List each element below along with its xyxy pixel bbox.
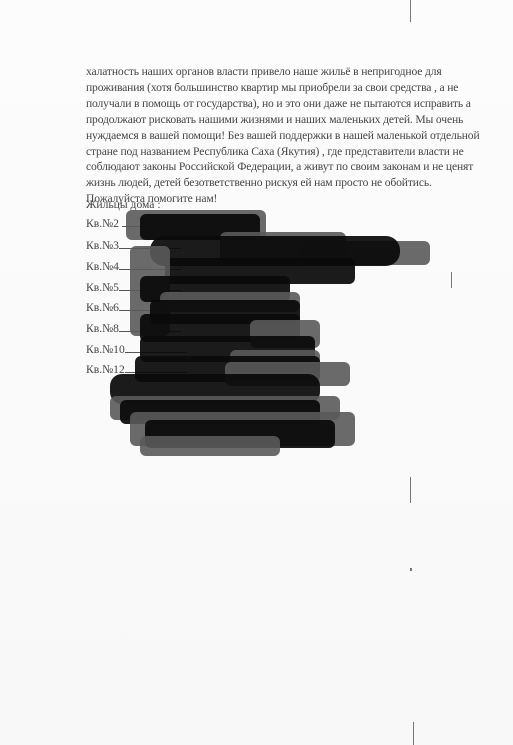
text-line: продолжают рисковать нашими жизнями и на…	[86, 112, 458, 128]
apartment-label: Кв.№2	[86, 217, 119, 230]
text-line: стране под названием Республика Саха (Як…	[86, 144, 458, 160]
apartment-label: Кв.№5	[86, 281, 119, 294]
text-line: халатность наших органов власти привело …	[86, 64, 458, 80]
text-line: жизнь людей, детей безответственно риску…	[86, 175, 458, 191]
apartment-label: Кв.№10	[86, 343, 125, 356]
scan-mark	[451, 272, 452, 288]
apartment-label: Кв.№4	[86, 260, 119, 273]
text-line: соблюдают законы Российской Федерации, а…	[86, 159, 458, 175]
apartment-label: Кв.№6	[86, 301, 119, 314]
text-line: нуждаемся в вашей помощи! Без вашей подд…	[86, 128, 458, 144]
text-line: проживания (хотя большинство квартир мы …	[86, 80, 458, 96]
scan-mark	[410, 477, 411, 503]
text-line: получали в помощь от государства), но и …	[86, 96, 458, 112]
letter-body: халатность наших органов власти привело …	[86, 64, 458, 207]
scanned-page: халатность наших органов власти привело …	[0, 0, 513, 745]
apartment-label: Кв.№8	[86, 322, 119, 335]
scan-mark	[410, 568, 412, 571]
apartment-label: Кв.№3	[86, 239, 119, 252]
scan-mark	[413, 722, 414, 745]
scan-mark	[410, 0, 411, 22]
